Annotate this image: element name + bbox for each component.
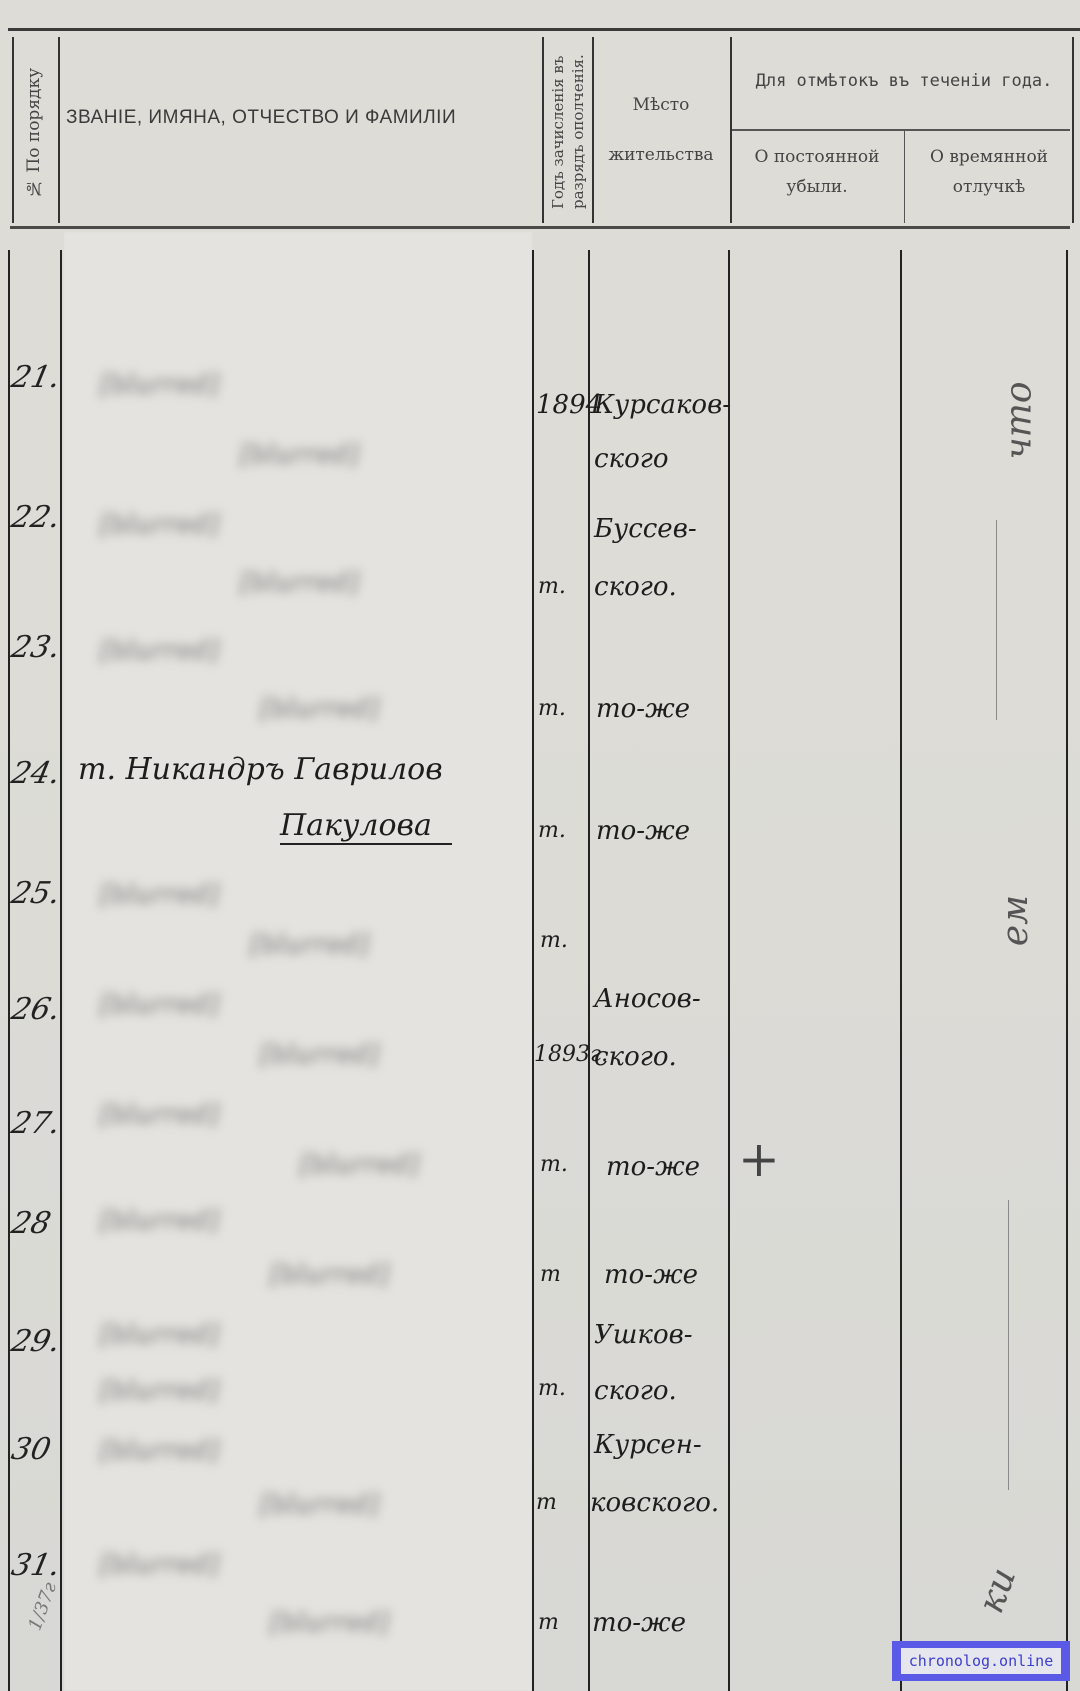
residence-cell: то-же [596, 816, 690, 846]
row-number: 31. [8, 1548, 65, 1583]
name-blurred: [blurred] [260, 694, 379, 724]
year-cell: т. [538, 696, 566, 721]
row-number: 26. [8, 992, 65, 1027]
year-cell: 1894 [536, 390, 602, 420]
row-number: 24. [8, 756, 65, 791]
header-year-column: Годъ зачисленія въ разрядъ ополченія. [548, 41, 590, 223]
residence-cell: Буссев- [594, 514, 697, 544]
row-number: 23. [8, 630, 65, 665]
header-residence-line1: Мѣсто [596, 95, 726, 115]
year-cell: т [536, 1490, 557, 1515]
name-blurred: [blurred] [100, 990, 219, 1020]
name-blurred: [blurred] [270, 1260, 389, 1290]
column-rule [60, 250, 62, 1691]
name-blurred: [blurred] [100, 1100, 219, 1130]
residence-cell: ковского. [590, 1488, 719, 1518]
pencil-line [996, 520, 997, 720]
year-cell: т. [538, 1376, 566, 1401]
header-divider [12, 37, 14, 223]
name-blurred: [blurred] [300, 1150, 419, 1180]
year-cell: т. [540, 928, 568, 953]
year-cell: т. [538, 574, 566, 599]
residence-cell: Ушков- [594, 1320, 693, 1350]
name-blurred: [blurred] [270, 1608, 389, 1638]
header-temporary-line2: отлучкѣ [906, 177, 1072, 197]
row-number: 27. [8, 1106, 65, 1141]
residence-cell: то-же [606, 1152, 700, 1182]
name-blurred: [blurred] [100, 370, 219, 400]
name-blurred: [blurred] [100, 1550, 219, 1580]
watermark-text: chronolog.online [901, 1648, 1061, 1674]
year-cell: т [538, 1610, 559, 1635]
name-cell: т. Никандръ Гаврилов [78, 752, 443, 787]
row-number: 30 [8, 1432, 65, 1467]
header-divider [58, 37, 60, 223]
pencil-annotation: ем [995, 895, 1036, 946]
row-number: 21. [8, 360, 65, 395]
header-temporary-line1: О времянной [906, 147, 1072, 167]
pencil-line [1008, 1200, 1009, 1490]
row-number: 22. [8, 500, 65, 535]
header-divider [542, 37, 544, 223]
year-cell: т. [538, 818, 566, 843]
name-blurred: [blurred] [100, 880, 219, 910]
header-subdivider [732, 129, 1070, 131]
residence-cell: Аносов- [594, 984, 701, 1014]
residence-cell: ского [594, 444, 669, 474]
watermark-badge: chronolog.online [892, 1641, 1070, 1681]
table-header: № По порядку ЗВАНІЕ, ИМЯНА, ОТЧЕСТВО И Ф… [8, 28, 1080, 228]
header-permanent-line1: О постоянной [734, 147, 900, 167]
name-blurred: [blurred] [100, 510, 219, 540]
column-rule [8, 250, 10, 1691]
residence-cell: ского. [594, 1376, 677, 1406]
year-cell: т. [540, 1152, 568, 1177]
pencil-annotation: ки [970, 1562, 1024, 1618]
column-rule [900, 250, 902, 1691]
residence-cell: ского. [594, 1042, 677, 1072]
header-permanent-line2: убыли. [734, 177, 900, 197]
column-rule [728, 250, 730, 1691]
margin-note: 1/37г [24, 1580, 61, 1634]
name-blurred: [blurred] [100, 1320, 219, 1350]
row-number: 25. [8, 876, 65, 911]
residence-cell: то-же [604, 1260, 698, 1290]
name-blurred: [blurred] [240, 568, 359, 598]
row-number: 29. [8, 1324, 65, 1359]
name-blurred: [blurred] [100, 636, 219, 666]
header-residence-line2: жительства [596, 145, 726, 165]
name-blurred: [blurred] [240, 440, 359, 470]
name-blurred: [blurred] [250, 930, 369, 960]
residence-cell: то-же [596, 694, 690, 724]
residence-cell: Курсаков- [594, 390, 731, 420]
ledger-page: № По порядку ЗВАНІЕ, ИМЯНА, ОТЧЕСТВО И Ф… [0, 0, 1080, 1691]
column-rule [588, 250, 590, 1691]
name-blurred: [blurred] [260, 1040, 379, 1070]
residence-cell: то-же [592, 1608, 686, 1638]
name-blurred: [blurred] [260, 1490, 379, 1520]
cross-mark: + [738, 1130, 780, 1188]
column-rule [532, 250, 534, 1691]
name-blurred: [blurred] [100, 1376, 219, 1406]
name-cell: Пакулова [280, 808, 452, 845]
header-divider [592, 37, 594, 223]
header-number-column: № По порядку [24, 45, 54, 221]
residence-cell: ского. [594, 572, 677, 602]
header-divider [904, 131, 905, 223]
year-cell: т [540, 1262, 561, 1287]
column-rule [1066, 250, 1068, 1691]
header-bottom-rule [10, 226, 1070, 229]
pencil-annotation: что [999, 381, 1040, 459]
residence-cell: Курсен- [594, 1430, 702, 1460]
header-name-column: ЗВАНІЕ, ИМЯНА, ОТЧЕСТВО И ФАМИЛІИ [66, 107, 456, 129]
header-marks-title: Для отмѣтокъ въ теченіи года. [744, 71, 1064, 91]
name-blurred: [blurred] [100, 1206, 219, 1236]
header-divider [1072, 37, 1074, 223]
name-blurred: [blurred] [100, 1436, 219, 1466]
row-number: 28 [8, 1206, 65, 1241]
